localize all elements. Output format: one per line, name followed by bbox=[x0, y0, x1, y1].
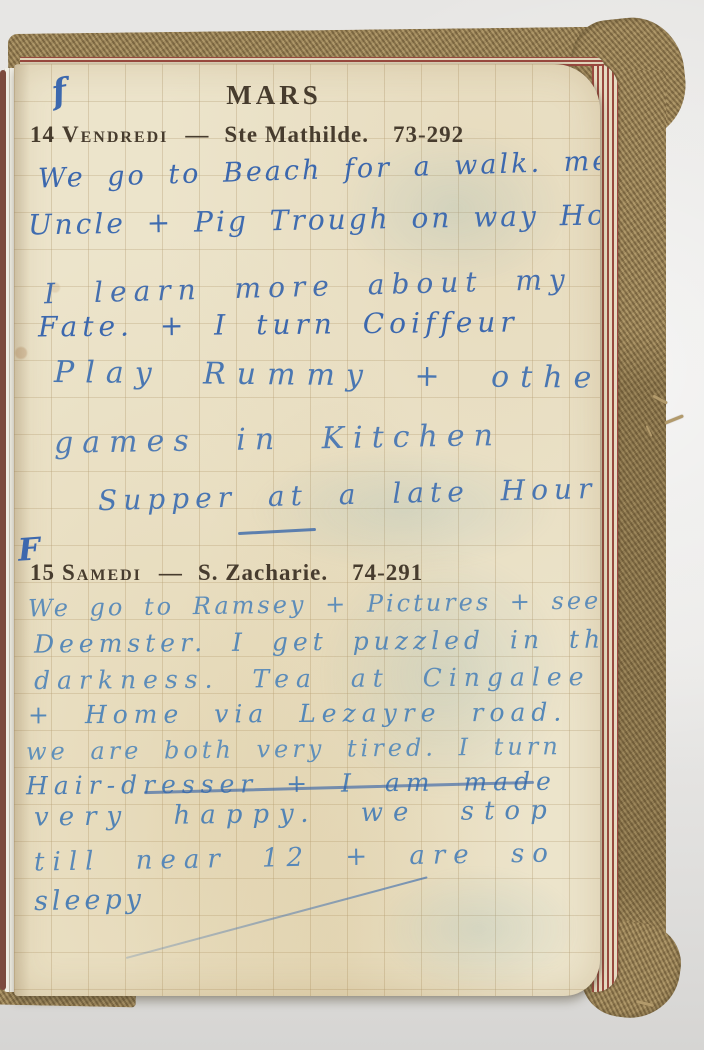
date-number: 14 bbox=[30, 122, 55, 147]
entry-header-14: 14Vendredi—Ste Mathilde.73-292 bbox=[30, 122, 464, 148]
handwritten-line: Play Rummy + other bbox=[54, 355, 600, 396]
frayed-thread bbox=[664, 414, 684, 424]
photo-background: f MARS 14Vendredi—Ste Mathilde.73-292 We… bbox=[0, 0, 704, 1050]
day-of-year: 74-291 bbox=[352, 560, 423, 585]
month-title: MARS bbox=[14, 80, 534, 111]
header-dash: — bbox=[159, 560, 183, 585]
handwritten-line: I learn more about my bbox=[44, 263, 573, 311]
handwritten-line: + Home via Lezayre road. bbox=[28, 698, 567, 730]
day-name: Vendredi bbox=[62, 122, 168, 147]
saint-name: S. Zacharie. bbox=[198, 560, 328, 585]
handwritten-line: Fate. + I turn Coiffeur bbox=[38, 305, 519, 343]
saint-name: Ste Mathilde. bbox=[224, 122, 369, 147]
entry-header-15: 15Samedi—S. Zacharie.74-291 bbox=[30, 560, 423, 586]
diary-page: f MARS 14Vendredi—Ste Mathilde.73-292 We… bbox=[14, 64, 600, 996]
header-dash: — bbox=[185, 122, 209, 147]
spine-red-edge-left bbox=[0, 70, 6, 990]
day-of-year: 73-292 bbox=[393, 122, 464, 147]
handwritten-line: darkness. Tea at Cingalee bbox=[34, 662, 591, 695]
handwritten-line: sleepy bbox=[34, 884, 146, 917]
cover-fabric-right-edge bbox=[612, 70, 666, 1000]
handwritten-line: we are both very tired. I turn bbox=[26, 732, 562, 766]
day-name: Samedi bbox=[62, 560, 142, 585]
handwritten-line: very happy. we stop bbox=[34, 795, 557, 832]
date-number: 15 bbox=[30, 560, 55, 585]
handwritten-line: Deemster. I get puzzled in the bbox=[34, 624, 600, 658]
